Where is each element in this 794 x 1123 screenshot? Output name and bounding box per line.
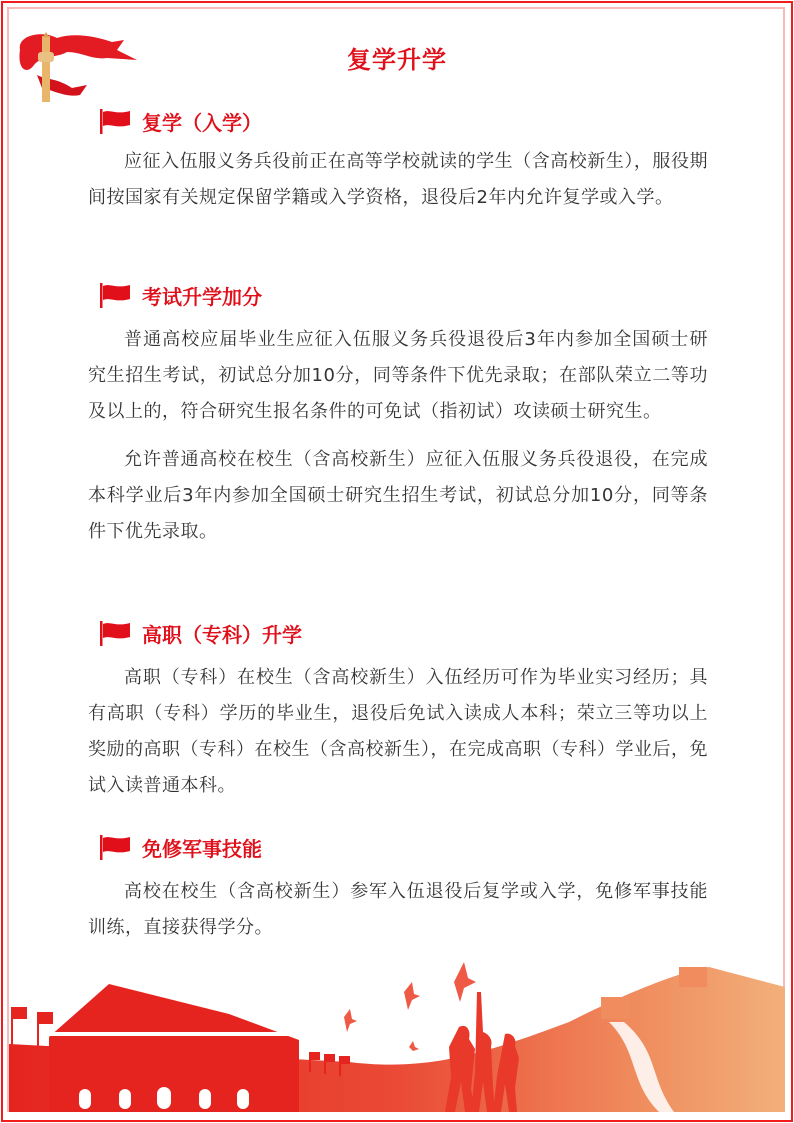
footer-landmark-illustration	[9, 962, 785, 1112]
section-heading-text: 复学（入学）	[142, 107, 262, 136]
section-exam-bonus: 考试升学加分 普通高校应届毕业生应征入伍服义务兵役退役后3年内参加全国硕士研究生…	[88, 280, 708, 550]
section-heading: 高职（专科）升学	[88, 618, 708, 648]
section-heading-text: 免修军事技能	[142, 833, 262, 862]
section-paragraph: 普通高校应届毕业生应征入伍服义务兵役退役后3年内参加全国硕士研究生招生考试，初试…	[88, 322, 708, 430]
section-military-skill-exemption: 免修军事技能 高校在校生（含高校新生）参军入伍退役后复学或入学，免修军事技能训练…	[88, 832, 708, 946]
section-heading: 免修军事技能	[88, 832, 708, 862]
section-heading: 复学（入学）	[88, 106, 708, 136]
section-heading-text: 考试升学加分	[142, 281, 262, 310]
section-paragraph: 高校在校生（含高校新生）参军入伍退役后复学或入学，免修军事技能训练，直接获得学分…	[88, 874, 708, 946]
section-heading-text: 高职（专科）升学	[142, 619, 302, 648]
section-heading: 考试升学加分	[88, 280, 708, 310]
section-paragraph: 应征入伍服义务兵役前正在高等学校就读的学生（含高校新生），服役期间按国家有关规定…	[88, 144, 708, 216]
red-flag-icon	[98, 620, 132, 646]
section-resume-study: 复学（入学） 应征入伍服义务兵役前正在高等学校就读的学生（含高校新生），服役期间…	[88, 106, 708, 216]
section-vocational-upgrade: 高职（专科）升学 高职（专科）在校生（含高校新生）入伍经历可作为毕业实习经历；具…	[88, 618, 708, 804]
section-paragraph: 允许普通高校在校生（含高校新生）应征入伍服义务兵役退役，在完成本科学业后3年内参…	[88, 442, 708, 550]
red-flag-icon	[98, 108, 132, 134]
red-flag-icon	[98, 282, 132, 308]
red-flag-icon	[98, 834, 132, 860]
section-paragraph: 高职（专科）在校生（含高校新生）入伍经历可作为毕业实习经历；具有高职（专科）学历…	[88, 660, 708, 804]
page-title: 复学升学	[0, 40, 794, 75]
